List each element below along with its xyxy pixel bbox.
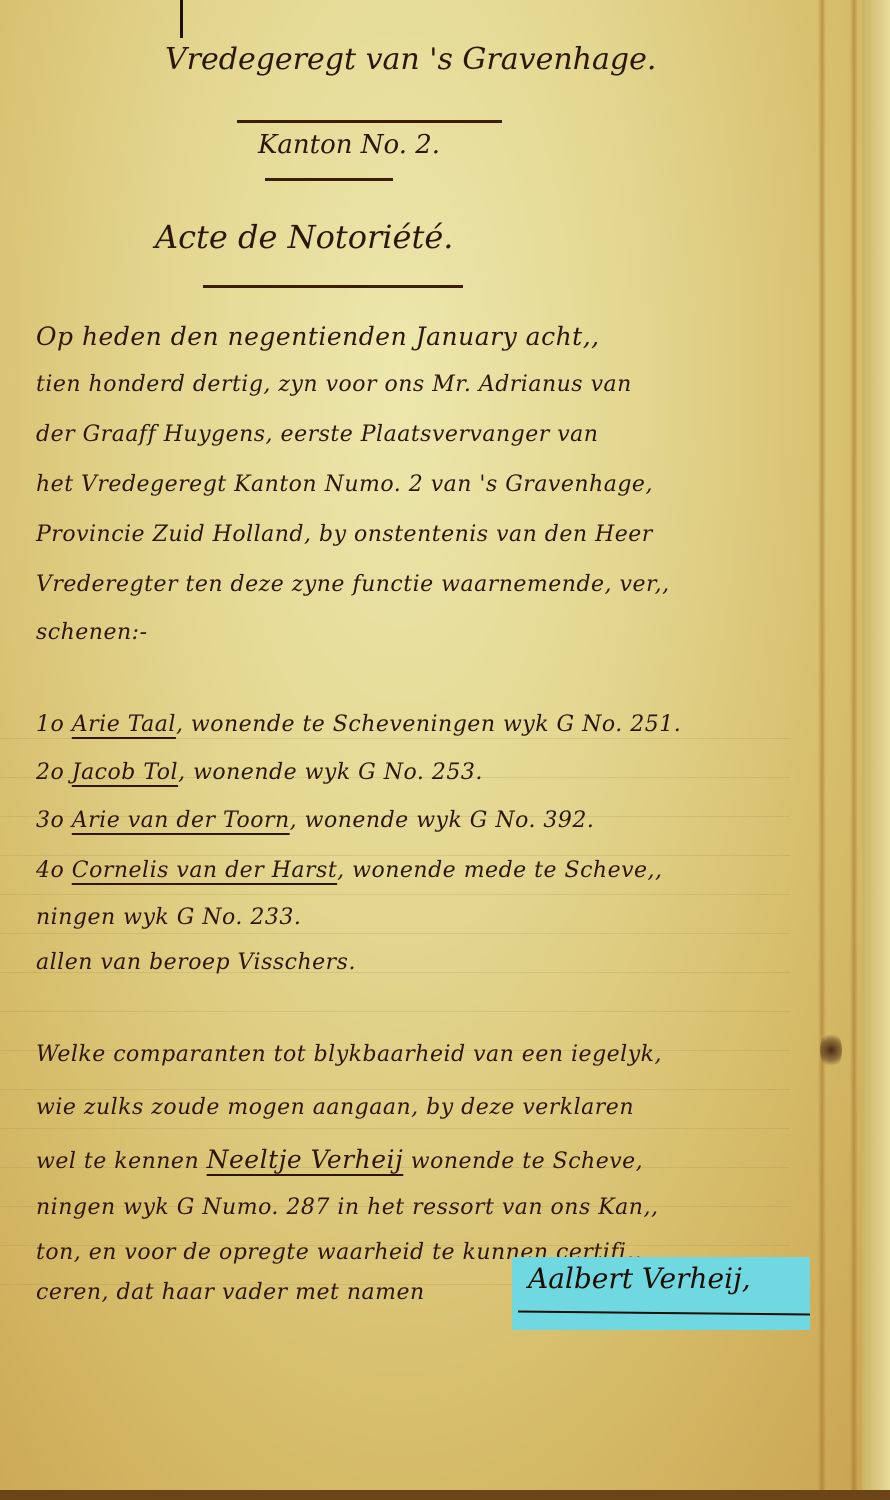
page-bottom-edge: [0, 1490, 890, 1500]
comparant-detail: , wonende wyk G No. 253.: [178, 760, 483, 785]
kanton-underline: [265, 178, 393, 181]
document-title: Vredegeregt van 's Gravenhage.: [165, 42, 656, 77]
declaration-prefix: wel te kennen: [36, 1149, 199, 1174]
comparant-3: 3o Arie van der Toorn, wonende wyk G No.…: [36, 808, 594, 833]
comparant-name: Arie van der Toorn: [72, 808, 290, 833]
declaration-line: Welke comparanten tot blykbaarheid van e…: [36, 1042, 662, 1067]
acte-underline: [203, 285, 463, 288]
acte-title: Acte de Notoriété.: [155, 218, 453, 256]
comparant-num: 4o: [36, 858, 64, 883]
intro-line: tien honderd dertig, zyn voor ons Mr. Ad…: [36, 372, 632, 397]
page-fold: [850, 0, 858, 1500]
declaration-line: wie zulks zoude mogen aangaan, by deze v…: [36, 1095, 634, 1120]
declaration-line: ningen wyk G Numo. 287 in het ressort va…: [36, 1195, 658, 1220]
comparant-detail: , wonende wyk G No. 392.: [290, 808, 595, 833]
comparant-name: Cornelis van der Harst: [72, 858, 337, 883]
declaration-line: wel te kennen Neeltje Verheij wonende te…: [36, 1145, 643, 1174]
subject-suffix: wonende te Scheve,: [403, 1149, 643, 1174]
father-name: Aalbert Verheij,: [528, 1262, 751, 1295]
adjacent-page-edge: [862, 0, 890, 1500]
comparant-num: 1o: [36, 712, 64, 737]
comparant-continuation: ningen wyk G No. 233.: [36, 905, 301, 930]
document-page: Vredegeregt van 's Gravenhage. Kanton No…: [0, 0, 890, 1500]
comparant-num: 3o: [36, 808, 64, 833]
comparant-1: 1o Arie Taal, wonende te Scheveningen wy…: [36, 712, 681, 737]
intro-line: der Graaff Huygens, eerste Plaatsvervang…: [36, 422, 598, 447]
subject-name: Neeltje Verheij: [207, 1145, 404, 1174]
ink-stain: [820, 1030, 842, 1070]
intro-line: het Vredegeregt Kanton Numo. 2 van 's Gr…: [36, 472, 653, 497]
comparant-2: 2o Jacob Tol, wonende wyk G No. 253.: [36, 760, 483, 785]
intro-line: Op heden den negentienden January acht,,: [36, 322, 600, 351]
ink-mark: [180, 0, 183, 38]
comparant-detail: , wonende mede te Scheve,,: [337, 858, 662, 883]
occupation-line: allen van beroep Visschers.: [36, 950, 356, 975]
comparant-name: Arie Taal: [72, 712, 176, 737]
kanton-heading: Kanton No. 2.: [258, 130, 440, 160]
page-fold: [818, 0, 826, 1500]
intro-line: Provincie Zuid Holland, by onstentenis v…: [36, 522, 653, 547]
comparant-name: Jacob Tol: [72, 760, 178, 785]
declaration-line: ceren, dat haar vader met namen: [36, 1280, 425, 1305]
comparant-4: 4o Cornelis van der Harst, wonende mede …: [36, 858, 663, 883]
intro-line: schenen:-: [36, 620, 148, 645]
title-underline: [237, 120, 502, 123]
comparant-num: 2o: [36, 760, 64, 785]
comparant-detail: , wonende te Scheveningen wyk G No. 251.: [176, 712, 681, 737]
intro-line: Vrederegter ten deze zyne functie waarne…: [36, 572, 670, 597]
